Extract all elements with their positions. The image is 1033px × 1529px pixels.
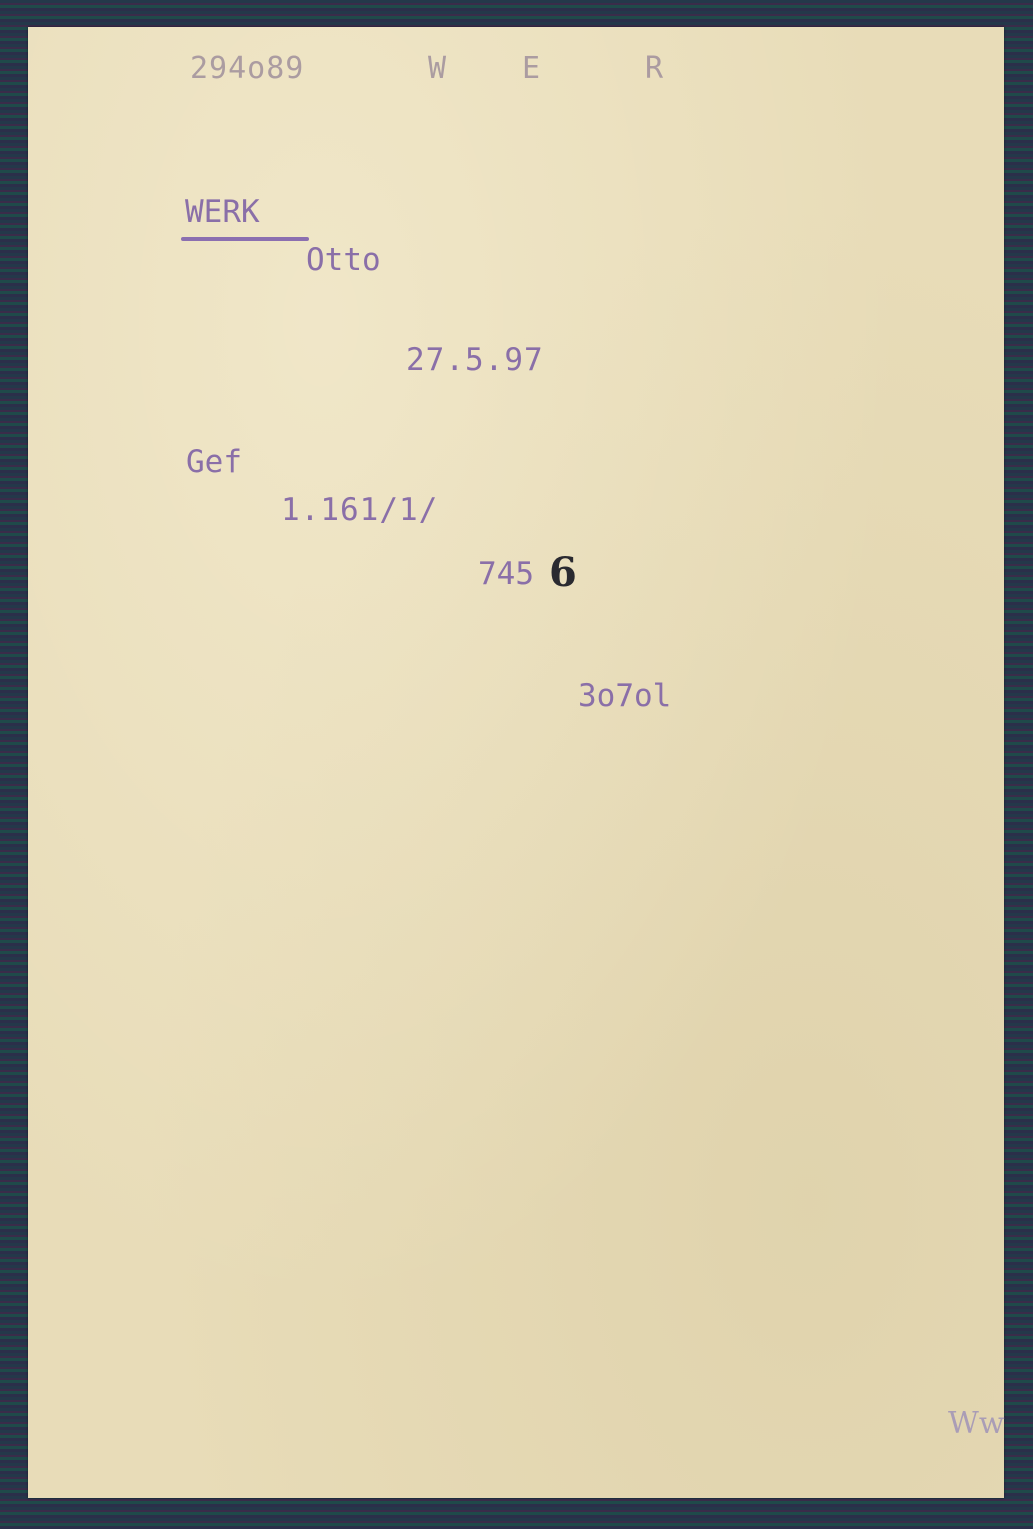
header-letter-w: W <box>428 54 446 84</box>
status-label: Gef <box>186 447 242 478</box>
surname: WERK <box>185 197 260 228</box>
file-code: 3o7ol <box>578 681 671 712</box>
surname-underline <box>181 237 309 241</box>
first-name: Otto <box>306 245 381 276</box>
reference-number: 745 <box>478 559 534 590</box>
card-number: 294o89 <box>190 54 304 84</box>
header-letter-e: E <box>522 54 540 84</box>
header-letter-r: R <box>645 54 663 84</box>
unit-reference: 1.161/1/ <box>281 495 438 526</box>
corner-stamp: Ww <box>948 1409 1005 1439</box>
date-of-birth: 27.5.97 <box>406 345 544 376</box>
handwritten-digit: 6 <box>549 553 577 593</box>
index-card: 294o89 W E R WERK Otto 27.5.97 Gef 1.161… <box>28 27 1004 1498</box>
